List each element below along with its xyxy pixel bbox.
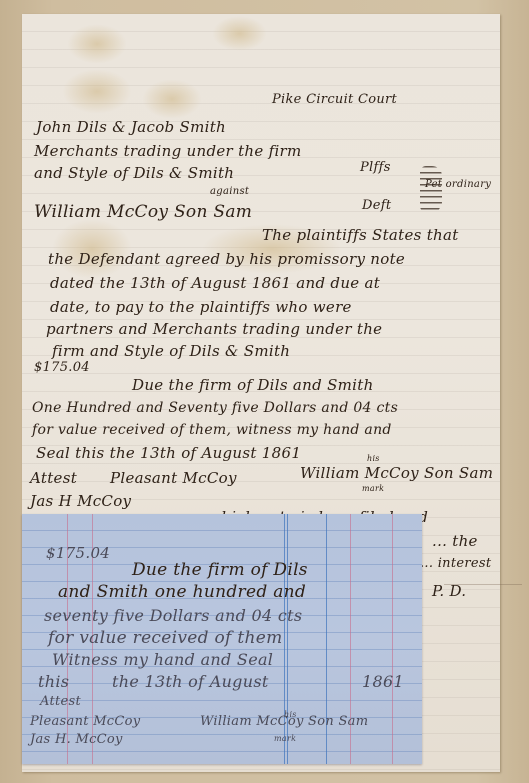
promissory-note-attachment: $175.04 Due the firm of Dils and Smith o… bbox=[22, 514, 422, 764]
paper-fold-line bbox=[444, 584, 522, 585]
case-type-label: Pet ordinary bbox=[425, 179, 491, 190]
note-line: the 13th of August bbox=[112, 672, 269, 691]
note-amount: $175.04 bbox=[46, 544, 110, 562]
body-line: the Defendant agreed by his promissory n… bbox=[48, 250, 405, 268]
witness-name: Pleasant McCoy bbox=[110, 469, 237, 487]
column-rule bbox=[392, 514, 393, 764]
note-witness-name: Pleasant McCoy bbox=[30, 714, 140, 729]
paper-stain bbox=[67, 24, 127, 64]
note-attest-label: Attest bbox=[40, 694, 81, 709]
closing-line: ... interest bbox=[420, 556, 491, 571]
note-line: this bbox=[38, 672, 69, 691]
note-signer-mark-label: mark bbox=[274, 734, 296, 743]
paper-stain bbox=[212, 16, 267, 51]
signer-name: William McCoy Son Sam bbox=[300, 464, 493, 482]
against-label: against bbox=[210, 186, 249, 197]
signer-his-label: his bbox=[367, 454, 380, 463]
body-line: dated the 13th of August 1861 and due at bbox=[50, 274, 380, 292]
attest-label: Attest bbox=[30, 469, 77, 487]
body-line: partners and Merchants trading under the bbox=[46, 320, 382, 338]
plaintiffs-line: and Style of Dils & Smith bbox=[34, 164, 234, 182]
note-copy-line: One Hundred and Seventy five Dollars and… bbox=[32, 400, 398, 416]
defendant-name: William McCoy Son Sam bbox=[34, 202, 252, 222]
note-line: Due the firm of Dils bbox=[132, 560, 308, 580]
amount-label: $175.04 bbox=[34, 360, 90, 375]
court-heading: Pike Circuit Court bbox=[272, 92, 397, 107]
note-line: and Smith one hundred and bbox=[58, 582, 306, 602]
body-line: firm and Style of Dils & Smith bbox=[52, 342, 290, 360]
body-line: The plaintiffs States that bbox=[262, 226, 459, 244]
plaintiffs-line: Merchants trading under the firm bbox=[34, 142, 302, 160]
plaintiffs-line: John Dils & Jacob Smith bbox=[36, 118, 226, 136]
paper-stain bbox=[62, 69, 132, 114]
note-line: 1861 bbox=[362, 672, 404, 691]
note-copy-line: Due the firm of Dils and Smith bbox=[132, 376, 374, 394]
note-signer-name: William McCoy Son Sam bbox=[200, 714, 368, 729]
signer-mark-label: mark bbox=[362, 484, 384, 493]
note-line: Witness my hand and Seal bbox=[52, 650, 273, 669]
note-line: seventy five Dollars and 04 cts bbox=[44, 606, 302, 625]
paper-stain bbox=[142, 79, 202, 119]
note-copy-line: Seal this the 13th of August 1861 bbox=[36, 444, 301, 462]
plaintiffs-label: Plffs bbox=[360, 160, 391, 175]
defendant-label: Deft bbox=[362, 198, 391, 213]
paper-stain bbox=[52, 219, 132, 279]
note-line: for value received of them bbox=[48, 628, 283, 648]
note-witness-name: Jas H. McCoy bbox=[30, 732, 123, 747]
body-line: date, to pay to the plaintiffs who were bbox=[50, 298, 352, 316]
witness-name: Jas H McCoy bbox=[30, 492, 131, 510]
note-copy-line: for value received of them, witness my h… bbox=[32, 422, 392, 438]
closing-line: ... the bbox=[432, 532, 478, 550]
